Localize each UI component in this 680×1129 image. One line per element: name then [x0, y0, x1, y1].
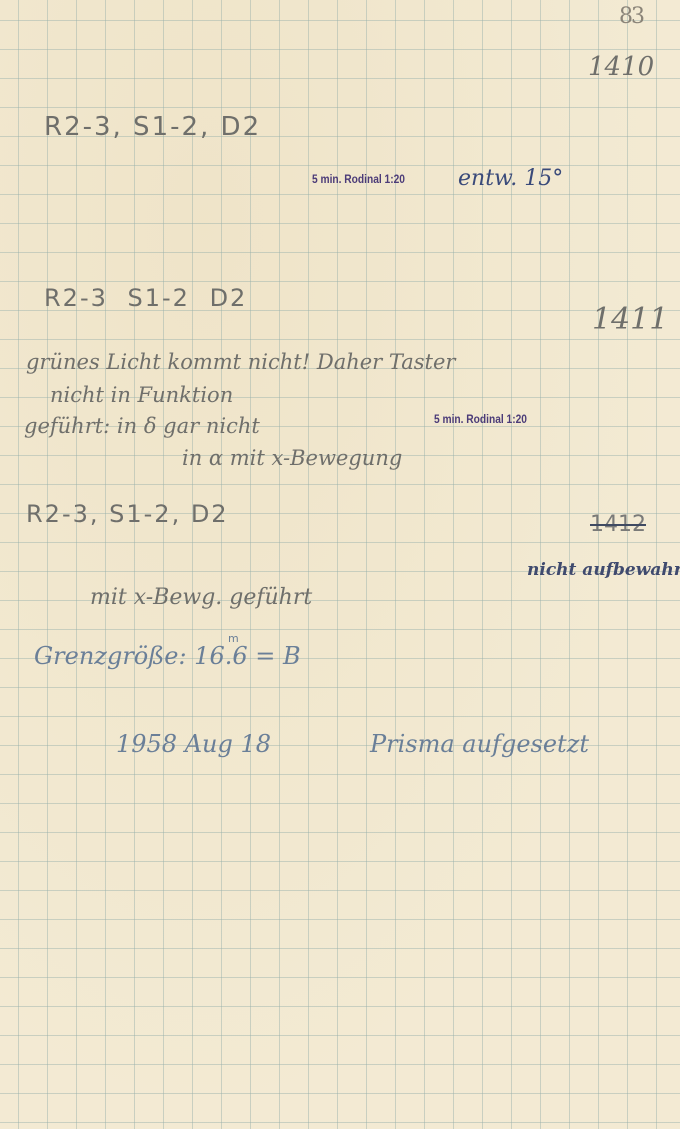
entry-1410-development-note: entw. 15°: [458, 166, 563, 191]
date-note-date: 1958 Aug 18: [116, 730, 271, 758]
developer-stamp-1411: 5 min. Rodinal 1:20: [434, 412, 527, 426]
developer-stamp-1410: 5 min. Rodinal 1:20: [312, 172, 405, 186]
entry-1412-limiting-magnitude: Grenzgröße: 16.6 = B: [34, 642, 301, 670]
plate-number-1411: 1411: [592, 302, 668, 337]
magnitude-superscript: m: [228, 632, 239, 645]
notebook-page: 83 1410 R2-3, S1-2, D2 5 min. Rodinal 1:…: [0, 0, 680, 1129]
entry-1411-line-1: grünes Licht kommt nicht! Daher Taster: [26, 350, 455, 374]
entry-1412-line-1: mit x-Bewg. geführt: [90, 585, 312, 610]
entry-1412-remark: nicht aufbewahrt: [527, 560, 680, 580]
entry-1412-settings: R2-3, S1-2, D2: [26, 500, 229, 528]
entry-1411-settings: R2-3 S1-2 D2: [44, 284, 247, 312]
plate-number-1412-struck: 1412: [590, 512, 646, 537]
date-note-text: Prisma aufgesetzt: [370, 730, 589, 758]
page-number: 83: [619, 4, 643, 29]
entry-1411-line-3: geführt: in δ gar nicht: [24, 414, 260, 438]
entry-1411-line-2: nicht in Funktion: [50, 383, 233, 407]
entry-1411-line-4: in α mit x-Bewegung: [182, 446, 402, 470]
plate-number-1410: 1410: [588, 52, 654, 82]
entry-1410-settings: R2-3, S1-2, D2: [44, 112, 261, 142]
